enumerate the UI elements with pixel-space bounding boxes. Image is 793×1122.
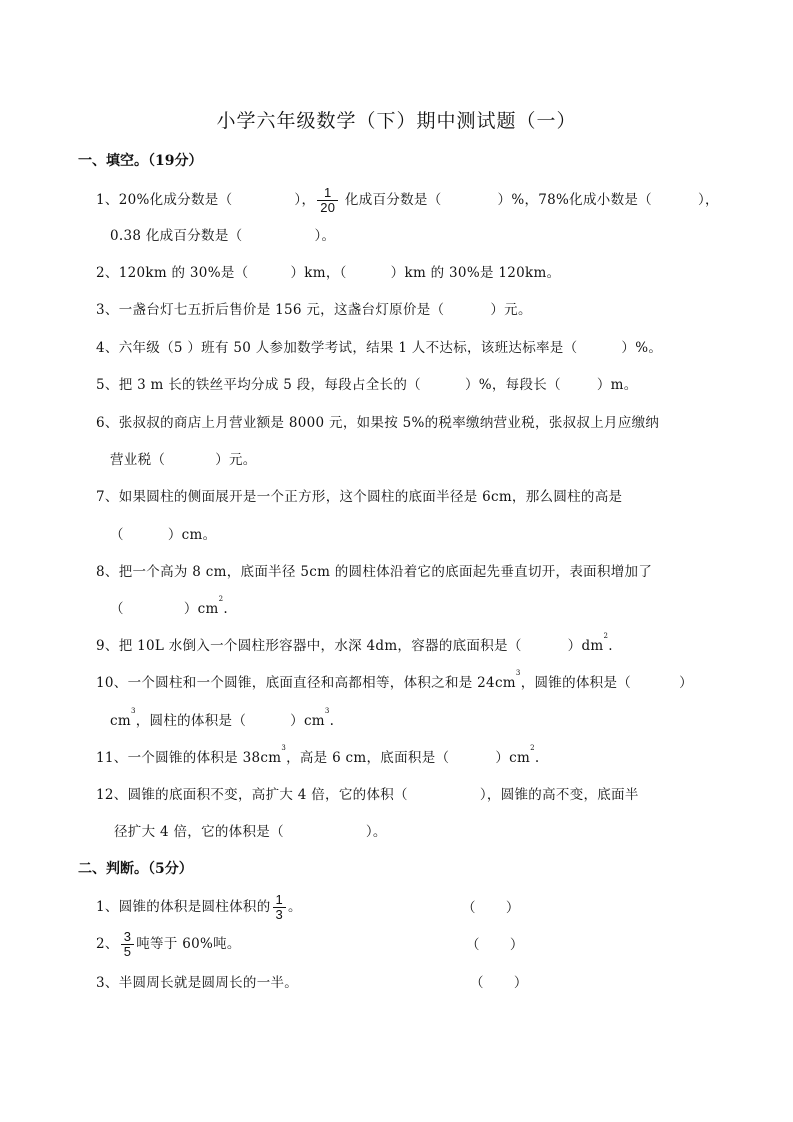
section-1-heading: 一、填空。（19分） <box>78 150 202 170</box>
fraction: 120 <box>317 186 338 215</box>
question-1-8-cont: （）cm2. <box>110 597 228 617</box>
q-text: ）， <box>698 192 719 208</box>
q-text: ）cm <box>495 750 530 766</box>
q-text: ）dm <box>568 638 604 654</box>
q-text: ，高是 6 cm，底面积是（ <box>286 750 449 766</box>
q-text: （ <box>110 601 124 617</box>
judge-question-2: 2、35吨等于 60%吨。 <box>96 930 241 959</box>
fraction-denominator: 5 <box>121 944 135 959</box>
q-text: ）%。 <box>621 340 662 356</box>
question-1-6-cont: 营业税（）元。 <box>110 448 257 468</box>
superscript: 2 <box>219 595 224 603</box>
q-text: 4、六年级（5 ）班有 50 人参加数学考试，结果 1 人不达标，该班达标率是（ <box>96 340 577 356</box>
q-text: 3、一盏台灯七五折后售价是 156 元，这盏台灯原价是（ <box>96 302 444 318</box>
paren: （ <box>462 900 476 916</box>
q-text: 5、把 3 m 长的铁丝平均分成 5 段，每段占全长的（ <box>96 377 421 393</box>
q-text: 3、半圆周长就是圆周长的一半。 <box>96 975 298 991</box>
paren: （ <box>470 975 484 991</box>
q-text: . <box>223 601 228 617</box>
question-1-1-cont: 0.38 化成百分数是（）。 <box>110 224 335 244</box>
q-text: cm <box>110 713 131 729</box>
fraction: 13 <box>273 893 287 922</box>
q-text: ） <box>679 675 693 691</box>
q-text: 营业税（ <box>110 452 165 468</box>
q-text: 8、把一个高为 8 cm，底面半径 5cm 的圆柱体沿着它的底面起先垂直切开，表… <box>96 564 652 580</box>
q-text: . <box>330 713 335 729</box>
q-text: ）%，每段长（ <box>465 377 561 393</box>
fraction-numerator: 3 <box>122 930 134 944</box>
q-text: 1、圆锥的体积是圆柱体积的 <box>96 899 271 915</box>
q-text: 0.38 化成百分数是（ <box>110 228 242 244</box>
q-text: 2、 <box>96 936 119 952</box>
question-1-5: 5、把 3 m 长的铁丝平均分成 5 段，每段占全长的（）%，每段长（）m。 <box>96 373 638 393</box>
superscript: 3 <box>516 669 521 677</box>
superscript: 3 <box>281 744 286 752</box>
q-text: ），圆锥的高不变，底面半 <box>480 787 639 803</box>
q-text: ）cm <box>290 713 325 729</box>
q-text: 2、120km 的 30%是（ <box>96 265 248 281</box>
q-text: ，圆锥的体积是（ <box>521 675 631 691</box>
q-text: （ <box>110 527 124 543</box>
q-text: ）km 的 30%是 120km。 <box>391 265 561 281</box>
fraction-numerator: 1 <box>322 186 334 200</box>
q-text: 9、把 10L 水倒入一个圆柱形容器中，水深 4dm，容器的底面积是（ <box>96 638 522 654</box>
q-text: ）， <box>294 192 315 208</box>
q-text: 径扩大 4 倍，它的体积是（ <box>114 824 284 840</box>
question-1-10: 10、一个圆柱和一个圆锥，底面直径和高都相等，体积之和是 24cm3，圆锥的体积… <box>96 671 693 691</box>
q-text: ）cm <box>184 601 219 617</box>
q-text: ）。 <box>366 824 387 840</box>
q-text: ）元。 <box>215 452 256 468</box>
question-1-12: 12、圆锥的底面积不变，高扩大 4 倍，它的体积（），圆锥的高不变，底面半 <box>96 783 639 803</box>
q-text: . <box>535 750 540 766</box>
page-title: 小学六年级数学（下）期中测试题（一） <box>0 106 793 133</box>
paren: （ <box>466 937 480 953</box>
q-text: 6、张叔叔的商店上月营业额是 8000 元，如果按 5%的税率缴纳营业税，张叔叔… <box>96 415 659 431</box>
judge-answer-1[interactable]: （） <box>462 896 520 916</box>
q-text: 吨等于 60%吨。 <box>136 936 241 952</box>
question-1-8: 8、把一个高为 8 cm，底面半径 5cm 的圆柱体沿着它的底面起先垂直切开，表… <box>96 560 652 580</box>
question-1-6: 6、张叔叔的商店上月营业额是 8000 元，如果按 5%的税率缴纳营业税，张叔叔… <box>96 411 659 431</box>
fraction-numerator: 1 <box>274 893 286 907</box>
q-text: ）cm。 <box>168 527 217 543</box>
paren: ） <box>510 937 524 953</box>
question-1-1: 1、20%化成分数是（），120 化成百分数是（）%，78%化成小数是（）， <box>96 186 719 215</box>
q-text: ）元。 <box>490 302 531 318</box>
fraction-denominator: 3 <box>273 907 287 922</box>
question-1-3: 3、一盏台灯七五折后售价是 156 元，这盏台灯原价是（）元。 <box>96 298 532 318</box>
question-1-9: 9、把 10L 水倒入一个圆柱形容器中，水深 4dm，容器的底面积是（）dm2. <box>96 634 613 654</box>
judge-answer-2[interactable]: （） <box>466 933 524 953</box>
q-text: 10、一个圆柱和一个圆锥，底面直径和高都相等，体积之和是 24cm <box>96 675 516 691</box>
paren: ） <box>506 900 520 916</box>
q-text: ）%，78%化成小数是（ <box>498 192 652 208</box>
fraction: 35 <box>121 930 135 959</box>
superscript: 2 <box>603 632 608 640</box>
q-text: . <box>608 638 613 654</box>
question-1-11: 11、一个圆锥的体积是 38cm3，高是 6 cm，底面积是（）cm2. <box>96 746 539 766</box>
question-1-12-cont: 径扩大 4 倍，它的体积是（）。 <box>114 820 387 840</box>
superscript: 3 <box>131 707 136 715</box>
question-1-4: 4、六年级（5 ）班有 50 人参加数学考试，结果 1 人不达标，该班达标率是（… <box>96 336 662 356</box>
q-text: 1、20%化成分数是（ <box>96 192 232 208</box>
paren: ） <box>514 975 528 991</box>
judge-question-3: 3、半圆周长就是圆周长的一半。 <box>96 971 298 991</box>
q-text: 7、如果圆柱的侧面展开是一个正方形，这个圆柱的底面半径是 6cm，那么圆柱的高是 <box>96 489 622 505</box>
q-text: ）。 <box>314 228 335 244</box>
superscript: 2 <box>530 744 535 752</box>
q-text: ，圆柱的体积是（ <box>136 713 246 729</box>
q-text: 化成百分数是（ <box>345 192 442 208</box>
q-text: 。 <box>288 899 302 915</box>
q-text: ）m。 <box>597 377 638 393</box>
judge-question-1: 1、圆锥的体积是圆柱体积的13。 <box>96 893 302 922</box>
q-text: 12、圆锥的底面积不变，高扩大 4 倍，它的体积（ <box>96 787 408 803</box>
judge-answer-3[interactable]: （） <box>470 971 528 991</box>
q-text: 11、一个圆锥的体积是 38cm <box>96 750 281 766</box>
question-1-7-cont: （）cm。 <box>110 523 216 543</box>
question-1-2: 2、120km 的 30%是（）km，（）km 的 30%是 120km。 <box>96 261 560 281</box>
section-2-heading: 二、判断。（5分） <box>78 858 193 878</box>
fraction-denominator: 20 <box>317 200 338 215</box>
question-1-7: 7、如果圆柱的侧面展开是一个正方形，这个圆柱的底面半径是 6cm，那么圆柱的高是 <box>96 485 622 505</box>
q-text: ）km，（ <box>290 265 346 281</box>
superscript: 3 <box>325 707 330 715</box>
question-1-10-cont: cm3，圆柱的体积是（）cm3. <box>110 709 334 729</box>
